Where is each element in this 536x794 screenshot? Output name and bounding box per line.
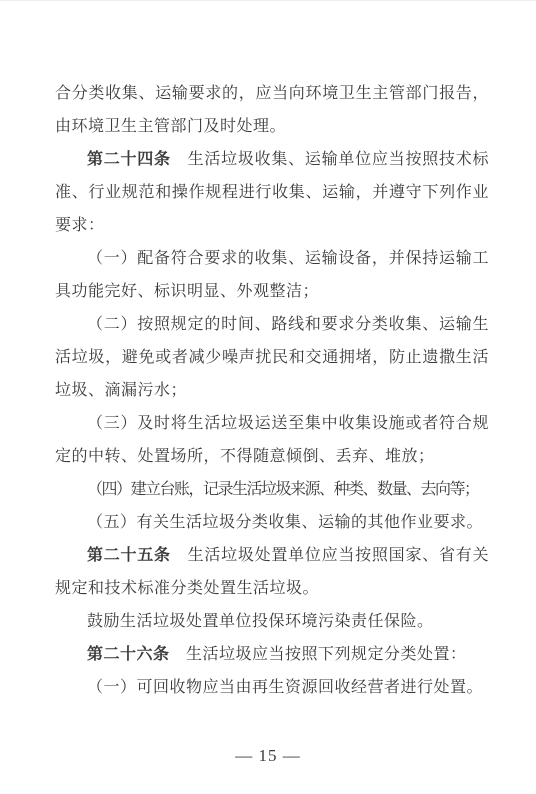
article-25-paragraph-2: 鼓励生活垃圾处置单位投保环境污染责任保险。 [55,605,489,638]
article-26-heading-paragraph: 第二十六条 生活垃圾应当按照下列规定分类处置： [55,638,489,671]
article-24-heading-paragraph: 第二十四条 生活垃圾收集、运输单位应当按照技术标准、行业规范和操作规程进行收集、… [55,143,489,242]
article-25-heading-paragraph: 第二十五条 生活垃圾处置单位应当按照国家、省有关规定和技术标准分类处置生活垃圾。 [55,539,489,605]
article-26-item-1: （一）可回收物应当由再生资源回收经营者进行处置。 [55,671,489,704]
paragraph-text: 生活垃圾应当按照下列规定分类处置： [170,646,467,663]
page-number: — 15 — [0,746,536,766]
article-24-item-3: （三）及时将生活垃圾运送至集中收集设施或者符合规定的中转、处置场所，不得随意倾倒… [55,407,489,473]
paragraph-text: （一）可回收物应当由再生资源回收经营者进行处置。 [87,679,483,696]
paragraph-text: （四）建立台账，记录生活垃圾来源、种类、数量、去向等； [87,481,479,498]
article-24-item-1: （一）配备符合要求的收集、运输设备，并保持运输工具功能完好、标识明显、外观整洁； [55,242,489,308]
paragraph-text: （五）有关生活垃圾分类收集、运输的其他作业要求。 [87,514,483,531]
article-24-item-4: （四）建立台账，记录生活垃圾来源、种类、数量、去向等； [55,473,489,506]
document-page: 合分类收集、运输要求的，应当向环境卫生主管部门报告，由环境卫生主管部门及时处理。… [0,0,536,794]
article-26-number: 第二十六条 [87,646,170,663]
paragraph-text: （一）配备符合要求的收集、运输设备，并保持运输工具功能完好、标识明显、外观整洁； [55,250,489,300]
paragraph-text: 合分类收集、运输要求的，应当向环境卫生主管部门报告，由环境卫生主管部门及时处理。 [55,85,489,135]
article-25-number: 第二十五条 [87,547,171,564]
paragraph-text: 鼓励生活垃圾处置单位投保环境污染责任保险。 [87,613,434,630]
paragraph-text: （二）按照规定的时间、路线和要求分类收集、运输生活垃圾，避免或者减少噪声扰民和交… [55,316,489,399]
paragraph-continuation: 合分类收集、运输要求的，应当向环境卫生主管部门报告，由环境卫生主管部门及时处理。 [55,77,489,143]
paragraph-text: （三）及时将生活垃圾运送至集中收集设施或者符合规定的中转、处置场所，不得随意倾倒… [55,415,489,465]
article-24-item-5: （五）有关生活垃圾分类收集、运输的其他作业要求。 [55,506,489,539]
article-24-item-2: （二）按照规定的时间、路线和要求分类收集、运输生活垃圾，避免或者减少噪声扰民和交… [55,308,489,407]
article-24-number: 第二十四条 [87,151,171,168]
page-body: 合分类收集、运输要求的，应当向环境卫生主管部门报告，由环境卫生主管部门及时处理。… [55,77,489,704]
